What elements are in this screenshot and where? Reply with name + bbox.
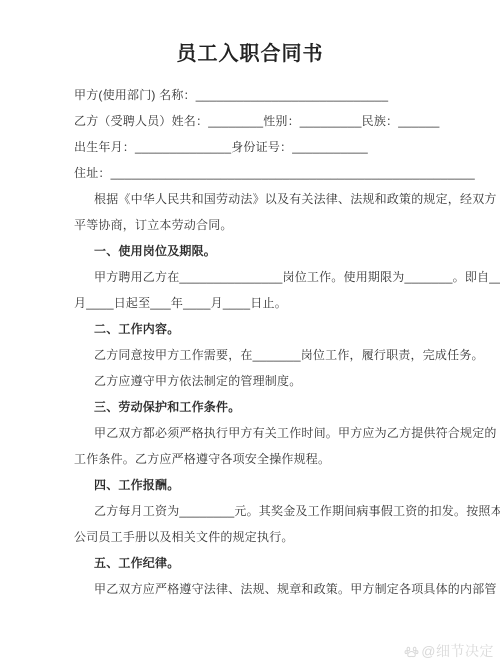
doc-line: 平等协商，订立本劳动合同。	[74, 212, 476, 238]
document-title: 员工入职合同书	[0, 0, 500, 66]
contract-document-page: 员工入职合同书 甲方(使用部门) 名称：____________________…	[0, 0, 500, 667]
doc-line: 乙方应遵守甲方依法制定的管理制度。	[74, 368, 476, 394]
doc-line: 住址：_____________________________________…	[74, 160, 476, 186]
doc-line: 甲乙双方应严格遵守法律、法规、规章和政策。甲方制定各项具体的内部管	[74, 576, 476, 602]
section-heading: 四、工作报酬。	[74, 472, 476, 498]
doc-line: 乙方每月工资为________元。其奖金及工作期间病事假工资的扣发。按照本	[74, 498, 476, 524]
doc-line: 根据《中华人民共和国劳动法》以及有关法律、法规和政策的规定，经双方	[74, 186, 476, 212]
doc-line: 甲乙双方都必须严格执行甲方有关工作时间。甲方应为乙方提供符合规定的	[74, 420, 476, 446]
doc-line: 工作条件。乙方应严格遵守各项安全操作规程。	[74, 446, 476, 472]
doc-line: 乙方同意按甲方工作需要，在_______岗位工作，履行职责，完成任务。	[74, 342, 476, 368]
doc-line: 公司员工手册以及相关文件的规定执行。	[74, 524, 476, 550]
watermark-text: @细节决定	[421, 641, 494, 661]
section-heading: 三、劳动保护和工作条件。	[74, 394, 476, 420]
doc-line: 月____日起至___年____月____日止。	[74, 290, 476, 316]
document-body: 甲方(使用部门) 名称：____________________________…	[0, 82, 500, 602]
section-heading: 一、使用岗位及期限。	[74, 238, 476, 264]
section-heading: 五、工作纪律。	[74, 550, 476, 576]
doc-line: 出生年月：______________身份证号：___________	[74, 134, 476, 160]
section-heading: 二、工作内容。	[74, 316, 476, 342]
doc-line: 乙方（受聘人员）姓名：________性别：_________民族：______	[74, 108, 476, 134]
doc-line: 甲方(使用部门) 名称：____________________________	[74, 82, 476, 108]
doc-line: 甲方聘用乙方在_______________岗位工作。使用期限为_______。…	[74, 264, 476, 290]
watermark: @细节决定	[404, 641, 494, 661]
paw-icon	[404, 644, 419, 659]
